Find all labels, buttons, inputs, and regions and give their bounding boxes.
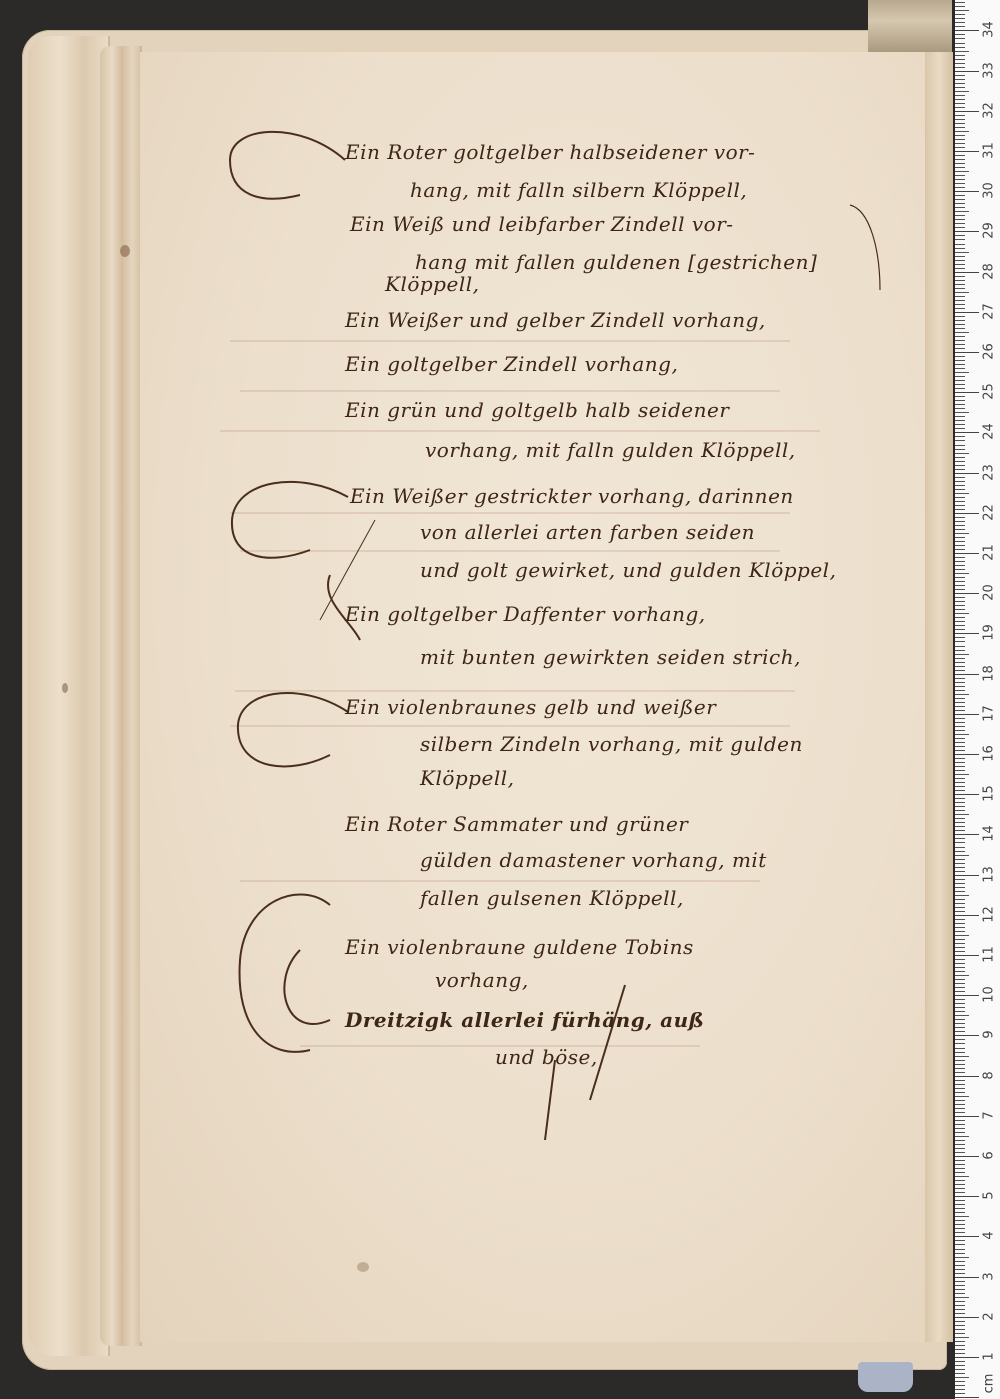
ruler-tick (955, 754, 979, 755)
ruler-label: 29 (982, 221, 997, 241)
ruler-tick (955, 292, 969, 293)
ruler-tick (955, 842, 965, 843)
ruler-tick (955, 1232, 965, 1233)
ruler-tick (955, 1176, 969, 1177)
ruler-tick (955, 34, 965, 35)
ruler-tick (955, 1011, 965, 1012)
ruler-tick (955, 710, 965, 711)
ruler-tick (955, 55, 965, 56)
ruler-tick (955, 155, 965, 156)
ruler-tick (955, 296, 965, 297)
ruler-tick (955, 1208, 965, 1209)
ruler-label: 10 (982, 985, 997, 1005)
ruler-tick (955, 364, 965, 365)
ruler-tick (955, 758, 965, 759)
ruler-tick (955, 368, 965, 369)
ruler-tick (955, 637, 965, 638)
ruler-tick (955, 1056, 969, 1057)
ruler-tick (955, 674, 979, 675)
ruler-tick (955, 183, 965, 184)
ruler-tick (955, 1353, 965, 1354)
ruler-tick (955, 219, 965, 220)
ruler-tick (955, 1192, 965, 1193)
ruler-tick (955, 509, 965, 510)
ruler-tick (955, 131, 969, 132)
ruler-tick (955, 991, 965, 992)
ruler-tick (955, 987, 965, 988)
ruler-tick (955, 1309, 965, 1310)
ruler-tick (955, 718, 965, 719)
ruler-tick (955, 967, 965, 968)
ruler-tick (955, 1397, 979, 1398)
ruler-tick (955, 1361, 965, 1362)
ruler-tick (955, 943, 965, 944)
ruler-label: 20 (982, 583, 997, 603)
ruler-tick (955, 428, 965, 429)
ruler-tick (955, 304, 965, 305)
ruler-tick (955, 919, 965, 920)
ruler-tick (955, 119, 965, 120)
text-line: Ein goltgelber Zindell vorhang, (345, 352, 678, 376)
ruler-tick (955, 738, 965, 739)
ruler-tick (955, 1003, 965, 1004)
ruler-tick (955, 440, 965, 441)
ruler-tick (955, 424, 965, 425)
ruler-tick (955, 581, 965, 582)
ruler-tick (955, 822, 965, 823)
ruler-label: 22 (982, 502, 997, 522)
ruler-tick (955, 1273, 965, 1274)
ruler-tick (955, 955, 979, 956)
ruler-tick (955, 1305, 965, 1306)
ruler-tick (955, 774, 969, 775)
ruler-tick (955, 525, 965, 526)
ruler-label: 11 (982, 945, 997, 965)
ruler-tick (955, 348, 965, 349)
ruler-tick (955, 903, 965, 904)
ruler-tick (955, 790, 965, 791)
ruler-tick (955, 983, 965, 984)
ruler-tick (955, 529, 965, 530)
ruler-tick (955, 770, 965, 771)
text-line: Ein grün und goltgelb halb seidener (345, 398, 729, 422)
ruler-tick (955, 288, 965, 289)
text-line: Dreitzigk allerlei fürhäng, auß (345, 1008, 704, 1032)
ruler-tick (955, 1377, 969, 1378)
ruler-tick (955, 750, 965, 751)
ruler-tick (955, 340, 965, 341)
ruler-tick (955, 207, 965, 208)
ruler-tick (955, 1092, 965, 1093)
ruler-tick (955, 1220, 965, 1221)
ruler-tick (955, 654, 969, 655)
ruler-label: 3 (982, 1266, 997, 1286)
ruler-tick (955, 887, 965, 888)
ruler-tick (955, 396, 965, 397)
ruler-tick (955, 30, 979, 31)
ruler-tick (955, 895, 969, 896)
ruler-tick (955, 59, 965, 60)
ruler-tick (955, 344, 965, 345)
ruler-tick (955, 959, 965, 960)
ruler-tick (955, 1068, 965, 1069)
ruler-tick (955, 1337, 969, 1338)
ruler-tick (955, 794, 979, 795)
ruler-label: 15 (982, 784, 997, 804)
ruler-tick (955, 1329, 965, 1330)
ruler-tick (955, 276, 965, 277)
ruler-tick (955, 388, 965, 389)
ruler-tick (955, 79, 965, 80)
ruler-tick (955, 14, 965, 15)
ruler-tick (955, 923, 965, 924)
ruler-tick (955, 22, 965, 23)
ruler-tick (955, 404, 965, 405)
ruler-tick (955, 10, 969, 11)
text-line: und golt gewirket, und gulden Klöppel, (420, 558, 836, 582)
text-line: Ein violenbraune guldene Tobins (345, 935, 694, 959)
ruler-tick (955, 457, 965, 458)
ruler-tick (955, 256, 965, 257)
ruler-tick (955, 1293, 965, 1294)
ruler-tick (955, 533, 969, 534)
ruler-label: 8 (982, 1065, 997, 1085)
ruler-tick (955, 963, 965, 964)
ruler-tick (955, 682, 965, 683)
ruler-tick (955, 658, 965, 659)
ruler-tick (955, 1317, 979, 1318)
ruler-tick (955, 501, 965, 502)
ruler-tick (955, 51, 969, 52)
ruler-tick (955, 87, 965, 88)
ruler-tick (955, 284, 965, 285)
ruler-tick (955, 1188, 965, 1189)
ruler-tick (955, 324, 965, 325)
ruler-tick (955, 621, 965, 622)
ruler-tick (955, 1148, 965, 1149)
ruler-tick (955, 260, 965, 261)
ruler-label: 2 (982, 1306, 997, 1326)
ruler-tick (955, 971, 965, 972)
ruler-tick (955, 231, 979, 232)
ruler-tick (955, 597, 965, 598)
ruler-tick (955, 171, 969, 172)
text-line: gülden damastener vorhang, mit (420, 848, 767, 872)
text-line: von allerlei arten farben seiden (420, 520, 755, 544)
ruler-tick (955, 227, 965, 228)
text-line: Ein Roter goltgelber halbseidener vor- (345, 140, 755, 164)
ruler-tick (955, 95, 965, 96)
ruler-tick (955, 308, 965, 309)
ruler-label: 27 (982, 301, 997, 321)
ruler-tick (955, 1228, 965, 1229)
ruler-tick (955, 625, 965, 626)
text-line: hang, mit falln silbern Klöppell, (410, 178, 747, 202)
ruler-tick (955, 159, 965, 160)
ruler-tick (955, 730, 965, 731)
ruler-tick (955, 2, 965, 3)
ruler-tick (955, 855, 969, 856)
ruler-tick (955, 312, 979, 313)
measurement-ruler: 1234567891011121314151617181920212223242… (955, 0, 1000, 1399)
ruler-tick (955, 633, 979, 634)
ruler-tick (955, 300, 965, 301)
manuscript-scan: Ein Roter goltgelber halbseidener vor- h… (0, 0, 1000, 1399)
ruler-tick (955, 605, 965, 606)
ruler-tick (955, 549, 965, 550)
ruler-tick (955, 838, 965, 839)
ruler-tick (955, 617, 965, 618)
ruler-tick (955, 199, 965, 200)
ruler-tick (955, 211, 969, 212)
ruler-tick (955, 762, 965, 763)
ruler-tick (955, 541, 965, 542)
ruler-tick (955, 1393, 965, 1394)
ruler-tick (955, 847, 965, 848)
ruler-tick (955, 951, 965, 952)
ruler-tick (955, 1277, 979, 1278)
text-line: Ein Weiß und leibfarber Zindell vor- (350, 212, 734, 236)
ruler-label: 17 (982, 703, 997, 723)
ruler-tick (955, 191, 979, 192)
ruler-tick (955, 332, 969, 333)
text-line: Klöppell, (420, 766, 514, 790)
ruler-tick (955, 666, 965, 667)
ruler-tick (955, 26, 965, 27)
ruler-tick (955, 806, 965, 807)
ruler-tick (955, 115, 965, 116)
ruler-label: 28 (982, 261, 997, 281)
ruler-tick (955, 927, 965, 928)
ruler-tick (955, 609, 965, 610)
ruler-tick (955, 1116, 979, 1117)
ruler-tick (955, 147, 965, 148)
ruler-tick (955, 239, 965, 240)
ruler-tick (955, 1015, 969, 1016)
text-line: Ein violenbraunes gelb und weißer (345, 695, 716, 719)
ruler-tick (955, 931, 965, 932)
ruler-tick (955, 1297, 969, 1298)
ruler-tick (955, 412, 969, 413)
ruler-tick (955, 521, 965, 522)
ruler-tick (955, 473, 979, 474)
ruler-tick (955, 163, 965, 164)
ruler-label: 25 (982, 382, 997, 402)
text-line: silbern Zindeln vorhang, mit gulden (420, 732, 803, 756)
ruler-tick (955, 328, 965, 329)
ruler-tick (955, 1120, 965, 1121)
ruler-tick (955, 678, 965, 679)
ruler-tick (955, 1381, 965, 1382)
ruler-tick (955, 1048, 965, 1049)
ruler-tick (955, 352, 979, 353)
ruler-tick (955, 1043, 965, 1044)
ruler-tick (955, 1385, 965, 1386)
ruler-tick (955, 107, 965, 108)
ruler-tick (955, 1096, 969, 1097)
ruler-tick (955, 18, 965, 19)
ruler-tick (955, 63, 965, 64)
ruler-tick (955, 360, 965, 361)
ruler-tick (955, 834, 979, 835)
ruler-label: 34 (982, 20, 997, 40)
ruler-tick (955, 686, 965, 687)
ruler-tick (955, 1341, 965, 1342)
ruler-tick (955, 694, 969, 695)
ruler-tick (955, 1244, 965, 1245)
ruler-tick (955, 47, 965, 48)
ruler-tick (955, 336, 965, 337)
ruler-tick (955, 577, 965, 578)
ruler-tick (955, 1172, 965, 1173)
ruler-tick (955, 1152, 965, 1153)
ruler-tick (955, 449, 965, 450)
ruler-tick (955, 1200, 965, 1201)
text-line: Ein Weißer gestrickter vorhang, darinnen (350, 484, 794, 508)
ruler-tick (955, 802, 965, 803)
ruler-tick (955, 814, 969, 815)
ruler-tick (955, 593, 979, 594)
ruler-label: 24 (982, 422, 997, 442)
ruler-tick (955, 569, 965, 570)
text-line: hang mit fallen guldenen [gestrichen] (415, 250, 817, 274)
ruler-tick (955, 1108, 965, 1109)
ruler-label: 23 (982, 462, 997, 482)
ruler-tick (955, 392, 979, 393)
ruler-tick (955, 83, 965, 84)
ruler-tick (955, 1184, 965, 1185)
ruler-tick (955, 215, 965, 216)
ruler-tick (955, 1140, 965, 1141)
ruler-tick (955, 1064, 965, 1065)
ruler-tick (955, 935, 969, 936)
ruler-label: 7 (982, 1105, 997, 1125)
ruler-tick (955, 899, 965, 900)
ruler-tick (955, 272, 979, 273)
ruler-tick (955, 71, 979, 72)
ruler-tick (955, 1313, 965, 1314)
ruler-tick (955, 6, 965, 7)
ruler-label: 5 (982, 1186, 997, 1206)
ruler-tick (955, 782, 965, 783)
ruler-tick (955, 879, 965, 880)
ruler-tick (955, 151, 979, 152)
ruler-tick (955, 1249, 965, 1250)
ruler-tick (955, 1031, 965, 1032)
text-line: fallen gulsenen Klöppell, (420, 886, 684, 910)
ruler-tick (955, 1084, 965, 1085)
ruler-tick (955, 505, 965, 506)
ruler-tick (955, 1301, 965, 1302)
ruler-tick (955, 91, 969, 92)
ruler-tick (955, 1289, 965, 1290)
ruler-tick (955, 316, 965, 317)
ruler-tick (955, 975, 969, 976)
ruler-tick (955, 662, 965, 663)
ruler-tick (955, 629, 965, 630)
ruler-tick (955, 714, 979, 715)
ruler-tick (955, 489, 965, 490)
ruler-label: 12 (982, 904, 997, 924)
ruler-tick (955, 641, 965, 642)
ruler-tick (955, 565, 965, 566)
ruler-tick (955, 1007, 965, 1008)
ruler-tick (955, 244, 965, 245)
ruler-label: 30 (982, 181, 997, 201)
ruler-tick (955, 742, 965, 743)
ruler-tick (955, 871, 965, 872)
ruler-tick (955, 103, 965, 104)
ruler-tick (955, 1136, 969, 1137)
ruler-tick (955, 702, 965, 703)
ruler-tick (955, 706, 965, 707)
ruler-tick (955, 601, 965, 602)
text-line: Ein goltgelber Daffenter vorhang, (345, 602, 706, 626)
ruler-tick (955, 1365, 965, 1366)
ruler-tick (955, 883, 965, 884)
ruler-tick (955, 420, 965, 421)
ruler-tick (955, 545, 965, 546)
ruler-label: 26 (982, 342, 997, 362)
ruler-tick (955, 1112, 965, 1113)
ruler-tick (955, 195, 965, 196)
text-line: und böse, (495, 1045, 598, 1069)
ruler-tick (955, 1027, 965, 1028)
ruler-tick (955, 911, 965, 912)
ruler-tick (955, 690, 965, 691)
ruler-tick (955, 1144, 965, 1145)
ruler-tick (955, 1321, 965, 1322)
text-line: vorhang, (435, 968, 529, 992)
ruler-tick (955, 248, 965, 249)
ruler-tick (955, 123, 965, 124)
ruler-tick (955, 485, 965, 486)
ruler-label: 14 (982, 824, 997, 844)
ruler-tick (955, 187, 965, 188)
ruler-tick (955, 436, 965, 437)
ruler-tick (955, 726, 965, 727)
ruler-tick (955, 1269, 965, 1270)
ruler-tick (955, 481, 965, 482)
ruler-label: 19 (982, 623, 997, 643)
ruler-tick (955, 143, 965, 144)
ruler-tick (955, 43, 965, 44)
ruler-tick (955, 465, 965, 466)
ruler-tick (955, 1349, 965, 1350)
ruler-tick (955, 1325, 965, 1326)
ruler-tick (955, 786, 965, 787)
ruler-tick (955, 477, 965, 478)
ruler-tick (955, 851, 965, 852)
ruler-tick (955, 1261, 965, 1262)
ruler-tick (955, 513, 979, 514)
ruler-tick (955, 408, 965, 409)
ruler-tick (955, 167, 965, 168)
ruler-tick (955, 127, 965, 128)
ruler-tick (955, 1281, 965, 1282)
ruler-tick (955, 650, 965, 651)
ruler-tick (955, 135, 965, 136)
ruler-label: 32 (982, 100, 997, 120)
ruler-tick (955, 461, 965, 462)
ruler-tick (955, 1156, 979, 1157)
ruler-tick (955, 537, 965, 538)
ruler-tick (955, 1019, 965, 1020)
ruler-tick (955, 469, 965, 470)
ruler-tick (955, 380, 965, 381)
ruler-tick (955, 1204, 965, 1205)
ruler-tick (955, 400, 965, 401)
